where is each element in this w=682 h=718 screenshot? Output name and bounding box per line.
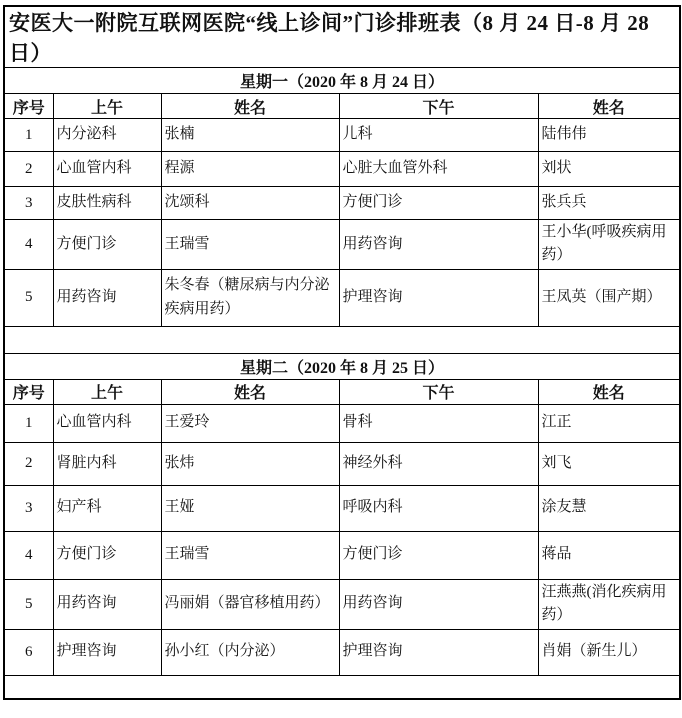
col-morning-header: 上午 bbox=[53, 94, 161, 119]
spacer-section bbox=[4, 326, 680, 353]
afternoon-dept-cell: 儿科 bbox=[339, 119, 538, 152]
morning-dept-cell: 皮肤性病科 bbox=[53, 187, 161, 220]
morning-dept-cell: 护理咨询 bbox=[53, 629, 161, 675]
schedule-row: 5用药咨询朱冬春（糖尿病与内分泌疾病用药）护理咨询王凤英（围产期） bbox=[4, 269, 680, 326]
day1-header-row: 星期一（2020 年 8 月 24 日） bbox=[4, 68, 680, 94]
schedule-row: 5用药咨询冯丽娟（器官移植用药）用药咨询汪燕燕(消化疾病用药） bbox=[4, 579, 680, 629]
morning-dept-cell: 内分泌科 bbox=[53, 119, 161, 152]
afternoon-dept-cell: 护理咨询 bbox=[339, 269, 538, 326]
afternoon-dept-cell: 神经外科 bbox=[339, 442, 538, 485]
afternoon-doctor-cell: 肖娟（新生儿） bbox=[538, 629, 680, 675]
col-afternoon-header: 下午 bbox=[339, 379, 538, 404]
afternoon-dept-cell: 呼吸内科 bbox=[339, 485, 538, 531]
afternoon-dept-cell: 护理咨询 bbox=[339, 629, 538, 675]
day1-rows-section: 1内分泌科张楠儿科陆伟伟2心血管内科程源心脏大血管外科刘状3皮肤性病科沈颂科方便… bbox=[4, 119, 680, 327]
afternoon-doctor-cell: 刘状 bbox=[538, 152, 680, 187]
day2-header: 星期二（2020 年 8 月 25 日） bbox=[4, 353, 680, 379]
afternoon-dept-cell: 方便门诊 bbox=[339, 187, 538, 220]
row-number-cell: 5 bbox=[4, 269, 53, 326]
schedule-row: 2肾脏内科张炜神经外科刘飞 bbox=[4, 442, 680, 485]
afternoon-doctor-cell: 江正 bbox=[538, 404, 680, 442]
morning-doctor-cell: 朱冬春（糖尿病与内分泌疾病用药） bbox=[161, 269, 339, 326]
clinic-schedule-table: 安医大一附院互联网医院“线上诊间”门诊排班表（8 月 24 日-8 月 28 日… bbox=[3, 5, 681, 700]
day2-rows-section: 1心血管内科王爱玲骨科江正2肾脏内科张炜神经外科刘飞3妇产科王娅呼吸内科涂友慧4… bbox=[4, 404, 680, 675]
row-number-cell: 5 bbox=[4, 579, 53, 629]
schedule-row: 3皮肤性病科沈颂科方便门诊张兵兵 bbox=[4, 187, 680, 220]
schedule-row: 1心血管内科王爱玲骨科江正 bbox=[4, 404, 680, 442]
row-number-cell: 3 bbox=[4, 187, 53, 220]
schedule-row: 4方便门诊王瑞雪用药咨询王小华(呼吸疾病用药） bbox=[4, 220, 680, 270]
page-title: 安医大一附院互联网医院“线上诊间”门诊排班表（8 月 24 日-8 月 28 日… bbox=[4, 6, 680, 68]
afternoon-doctor-cell: 涂友慧 bbox=[538, 485, 680, 531]
day1-header-section: 星期一（2020 年 8 月 24 日） 序号上午姓名下午姓名 bbox=[4, 68, 680, 119]
afternoon-doctor-cell: 张兵兵 bbox=[538, 187, 680, 220]
morning-doctor-cell: 沈颂科 bbox=[161, 187, 339, 220]
afternoon-doctor-cell: 汪燕燕(消化疾病用药） bbox=[538, 579, 680, 629]
title-section: 安医大一附院互联网医院“线上诊间”门诊排班表（8 月 24 日-8 月 28 日… bbox=[4, 6, 680, 68]
row-number-cell: 4 bbox=[4, 531, 53, 579]
col-morning-header: 上午 bbox=[53, 379, 161, 404]
bottom-section bbox=[4, 675, 680, 699]
afternoon-dept-cell: 骨科 bbox=[339, 404, 538, 442]
morning-dept-cell: 用药咨询 bbox=[53, 579, 161, 629]
day2-column-header-row: 序号上午姓名下午姓名 bbox=[4, 379, 680, 404]
row-number-cell: 3 bbox=[4, 485, 53, 531]
table-spacer-row bbox=[4, 326, 680, 353]
day1-column-header-row: 序号上午姓名下午姓名 bbox=[4, 94, 680, 119]
col-number-header: 序号 bbox=[4, 379, 53, 404]
schedule-row: 3妇产科王娅呼吸内科涂友慧 bbox=[4, 485, 680, 531]
title-row: 安医大一附院互联网医院“线上诊间”门诊排班表（8 月 24 日-8 月 28 日… bbox=[4, 6, 680, 68]
col-afternoon-header: 下午 bbox=[339, 94, 538, 119]
day2-header-row: 星期二（2020 年 8 月 25 日） bbox=[4, 353, 680, 379]
morning-doctor-cell: 孙小红（内分泌） bbox=[161, 629, 339, 675]
col-morning-name-header: 姓名 bbox=[161, 379, 339, 404]
day2-header-section: 星期二（2020 年 8 月 25 日） 序号上午姓名下午姓名 bbox=[4, 353, 680, 404]
row-number-cell: 4 bbox=[4, 220, 53, 270]
morning-dept-cell: 肾脏内科 bbox=[53, 442, 161, 485]
schedule-row: 4方便门诊王瑞雪方便门诊蒋品 bbox=[4, 531, 680, 579]
col-morning-name-header: 姓名 bbox=[161, 94, 339, 119]
row-number-cell: 6 bbox=[4, 629, 53, 675]
morning-dept-cell: 心血管内科 bbox=[53, 404, 161, 442]
col-afternoon-name-header: 姓名 bbox=[538, 379, 680, 404]
afternoon-doctor-cell: 蒋品 bbox=[538, 531, 680, 579]
afternoon-dept-cell: 方便门诊 bbox=[339, 531, 538, 579]
row-number-cell: 1 bbox=[4, 404, 53, 442]
schedule-row: 1内分泌科张楠儿科陆伟伟 bbox=[4, 119, 680, 152]
schedule-row: 2心血管内科程源心脏大血管外科刘状 bbox=[4, 152, 680, 187]
morning-doctor-cell: 程源 bbox=[161, 152, 339, 187]
spacer-cell bbox=[4, 326, 680, 353]
row-number-cell: 1 bbox=[4, 119, 53, 152]
row-number-cell: 2 bbox=[4, 442, 53, 485]
morning-dept-cell: 方便门诊 bbox=[53, 220, 161, 270]
afternoon-doctor-cell: 王凤英（围产期） bbox=[538, 269, 680, 326]
afternoon-dept-cell: 心脏大血管外科 bbox=[339, 152, 538, 187]
morning-doctor-cell: 张楠 bbox=[161, 119, 339, 152]
col-afternoon-name-header: 姓名 bbox=[538, 94, 680, 119]
bottom-empty-cell bbox=[4, 675, 680, 699]
morning-dept-cell: 妇产科 bbox=[53, 485, 161, 531]
morning-doctor-cell: 王瑞雪 bbox=[161, 531, 339, 579]
afternoon-doctor-cell: 刘飞 bbox=[538, 442, 680, 485]
morning-dept-cell: 心血管内科 bbox=[53, 152, 161, 187]
morning-dept-cell: 方便门诊 bbox=[53, 531, 161, 579]
afternoon-doctor-cell: 陆伟伟 bbox=[538, 119, 680, 152]
bottom-empty-row bbox=[4, 675, 680, 699]
schedule-row: 6护理咨询孙小红（内分泌）护理咨询肖娟（新生儿） bbox=[4, 629, 680, 675]
morning-doctor-cell: 王爱玲 bbox=[161, 404, 339, 442]
morning-doctor-cell: 王娅 bbox=[161, 485, 339, 531]
morning-dept-cell: 用药咨询 bbox=[53, 269, 161, 326]
afternoon-dept-cell: 用药咨询 bbox=[339, 220, 538, 270]
day1-header: 星期一（2020 年 8 月 24 日） bbox=[4, 68, 680, 94]
morning-doctor-cell: 张炜 bbox=[161, 442, 339, 485]
schedule-sheet: 安医大一附院互联网医院“线上诊间”门诊排班表（8 月 24 日-8 月 28 日… bbox=[0, 0, 682, 718]
morning-doctor-cell: 王瑞雪 bbox=[161, 220, 339, 270]
morning-doctor-cell: 冯丽娟（器官移植用药） bbox=[161, 579, 339, 629]
col-number-header: 序号 bbox=[4, 94, 53, 119]
afternoon-doctor-cell: 王小华(呼吸疾病用药） bbox=[538, 220, 680, 270]
row-number-cell: 2 bbox=[4, 152, 53, 187]
afternoon-dept-cell: 用药咨询 bbox=[339, 579, 538, 629]
